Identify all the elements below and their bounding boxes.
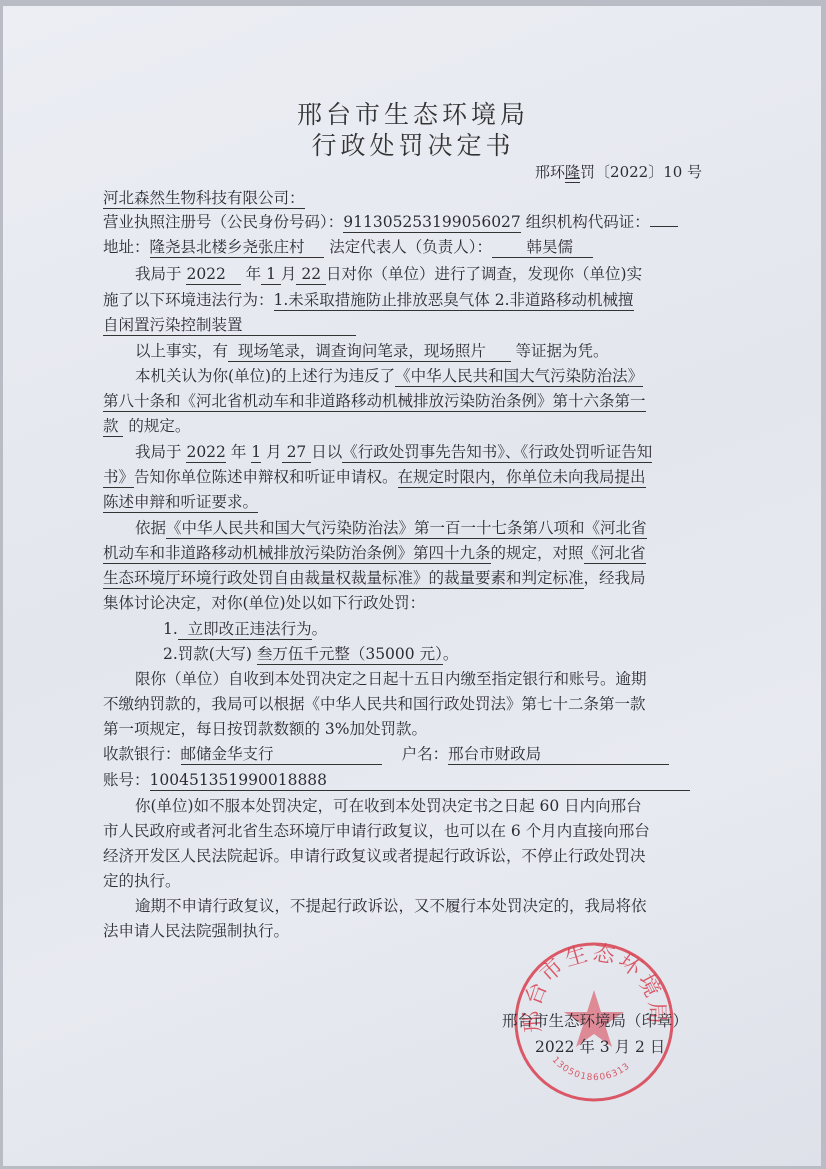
payment-line-1: 限你（单位）自收到本处罚决定之日起十五日内缴至指定银行和账号。逾期 bbox=[135, 667, 647, 689]
discretion-standard-cont: 生态环境厅环境行政处罚自由裁量权裁量标准》的裁量要素和判定标准 bbox=[103, 569, 584, 589]
party-name: 河北森然生物科技有限公司： bbox=[103, 189, 305, 209]
violation-basis-line-1: 本机关认为你(单位)的上述行为违反了《中华人民共和国大气污染防治法》 bbox=[135, 364, 643, 386]
penalty-basis-line-1: 依据《中华人民共和国大气污染防治法》第一百一十七条第八项和《河北省 bbox=[135, 516, 647, 538]
document-number: 邢环隆罚〔2022〕10 号 bbox=[535, 161, 702, 182]
appeal-line-2: 市人民政府或者河北省生态环境厅申请行政复议，也可以在 6 个月内直接向邢台 bbox=[103, 819, 650, 841]
bank-name: 邮储金华支行 bbox=[181, 745, 382, 765]
penalty-law-cont: 机动车和非道路移动机械排放污染防治条例》第四十九条 bbox=[103, 544, 491, 564]
document-type-title: 行政处罚决定书 bbox=[0, 126, 826, 162]
penalty-law: 《中华人民共和国大气污染防治法》第一百一十七条第八项和《河北省 bbox=[166, 519, 647, 539]
notice-docs: 《行政处罚事先告知书》、《行政处罚听证告知 bbox=[342, 443, 652, 463]
penalty-item-1-text: 立即改正违法行为 bbox=[178, 620, 312, 640]
investigation-line-1: 我局于 2022 年 1 月 22 日对你（单位）进行了调查，发现你（单位)实 bbox=[135, 262, 642, 284]
violation-basis-line-3: 款 的规定。 bbox=[103, 414, 190, 436]
doc-number-prefix: 邢环 bbox=[535, 163, 565, 181]
enforcement-line-2: 法申请人民法院强制执行。 bbox=[103, 919, 289, 941]
doc-number-mid: 隆 bbox=[565, 163, 580, 183]
notice-line-3: 陈述申辩和听证要求。 bbox=[103, 490, 258, 512]
penalty-basis-line-3: 生态环境厅环境行政处罚自由裁量权裁量标准》的裁量要素和判定标准，经我局 bbox=[103, 566, 646, 588]
payment-line-2: 不缴纳罚款的，我局可以根据《中华人民共和国行政处罚法》第七十二条第一款 bbox=[103, 692, 646, 714]
evidence-items: 现场笔录，调查询问笔录，现场照片 bbox=[228, 342, 511, 362]
license-line: 营业执照注册号（公民身份号码）：911305253199056027 组织机构代… bbox=[103, 210, 678, 232]
violated-law: 《中华人民共和国大气污染防治法》 bbox=[395, 367, 643, 387]
license-label: 营业执照注册号（公民身份号码）： bbox=[103, 213, 343, 231]
account-number: 100451351990018888 bbox=[150, 771, 690, 791]
svg-text:1305018606313: 1305018606313 bbox=[550, 1055, 633, 1083]
rep-label: 法定代表人（负责人）： bbox=[329, 238, 492, 256]
violation-text-cont: 自闲置污染控制装置 bbox=[103, 316, 356, 336]
investigation-year: 2022 bbox=[186, 265, 240, 285]
violation-text: 1.未采取措施防止排放恶臭气体 2.非道路移动机械擅 bbox=[274, 291, 634, 311]
penalty-item-2: 2.罚款(大写) 叁万伍千元整（35000 元）。 bbox=[163, 642, 458, 664]
investigation-day: 22 bbox=[296, 265, 326, 285]
org-code-blank bbox=[650, 212, 678, 227]
address-label: 地址： bbox=[103, 238, 150, 256]
notice-docs-cont: 书》 bbox=[103, 468, 134, 488]
bank-line: 收款银行：邮储金华支行 户名：邢台市财政局 bbox=[103, 742, 669, 764]
payment-line-3: 第一项规定，每日按罚款数额的 3%加处罚款。 bbox=[103, 717, 427, 739]
appeal-line-4: 定的执行。 bbox=[103, 869, 181, 891]
license-number: 911305253199056027 bbox=[343, 213, 521, 233]
account-line: 账号：100451351990018888 bbox=[103, 768, 690, 791]
party-name-line: 河北森然生物科技有限公司： bbox=[103, 186, 305, 208]
notice-year: 2022 bbox=[186, 443, 225, 463]
account-name: 邢台市财政局 bbox=[448, 745, 669, 765]
notice-day: 27 bbox=[282, 443, 312, 463]
doc-number-suffix: 罚〔2022〕10 号 bbox=[580, 163, 702, 181]
notice-line-1: 我局于 2022 年 1 月 27 日以《行政处罚事先告知书》、《行政处罚听证告… bbox=[135, 440, 652, 462]
address-line: 地址：隆尧县北楼乡尧张庄村 法定代表人（负责人）： 韩昊儒 bbox=[103, 235, 593, 257]
violation-basis-line-2: 第八十条和《河北省机动车和非道路移动机械排放污染防治条例》第十六条第一 bbox=[103, 389, 646, 411]
violated-law-end: 款 bbox=[103, 417, 123, 437]
penalty-basis-line-2: 机动车和非道路移动机械排放污染防治条例》第四十九条的规定，对照《河北省 bbox=[103, 541, 646, 563]
notice-result-cont: 陈述申辩和听证要求。 bbox=[103, 493, 258, 513]
investigation-line-3: 自闲置污染控制装置 bbox=[103, 313, 356, 335]
appeal-line-1: 你(单位)如不服本处罚决定，可在收到本处罚决定书之日起 60 日内向邢台 bbox=[135, 794, 642, 816]
notice-line-2: 书》告知你单位陈述申辩权和听证申请权。在规定时限内，你单位未向我局提出 bbox=[103, 465, 646, 487]
org-code-label: 组织机构代码证： bbox=[526, 213, 650, 231]
address-value: 隆尧县北楼乡尧张庄村 bbox=[150, 238, 325, 258]
fine-amount: 叁万伍千元整（35000 元） bbox=[257, 645, 443, 665]
appeal-line-3: 经济开发区人民法院起诉。申请行政复议或者提起行政诉讼，不停止行政处罚决 bbox=[103, 844, 646, 866]
violated-law-cont: 第八十条和《河北省机动车和非道路移动机械排放污染防治条例》第十六条第一 bbox=[103, 392, 646, 412]
notice-month: 1 bbox=[251, 443, 261, 463]
enforcement-line-1: 逾期不申请行政复议，不提起行政诉讼，又不履行本处罚决定的，我局将依 bbox=[135, 894, 647, 916]
investigation-line-2: 施了以下环境违法行为：1.未采取措施防止排放恶臭气体 2.非道路移动机械擅 bbox=[103, 288, 634, 310]
issuer-signature: 邢台市生态环境局（印章） bbox=[502, 1009, 688, 1031]
discretion-standard: 《河北省 bbox=[584, 544, 646, 564]
issue-date: 2022 年 3 月 2 日 bbox=[535, 1035, 665, 1057]
evidence-line: 以上事实，有 现场笔录，调查询问笔录，现场照片 等证据为凭。 bbox=[135, 339, 608, 361]
penalty-basis-line-4: 集体讨论决定，对你(单位)处以如下行政处罚： bbox=[103, 591, 425, 613]
notice-result: 在规定时限内，你单位未向我局提出 bbox=[398, 468, 646, 488]
investigation-month: 1 bbox=[261, 265, 281, 285]
penalty-item-1: 1. 立即改正违法行为。 bbox=[163, 617, 327, 639]
rep-name: 韩昊儒 bbox=[492, 238, 593, 258]
